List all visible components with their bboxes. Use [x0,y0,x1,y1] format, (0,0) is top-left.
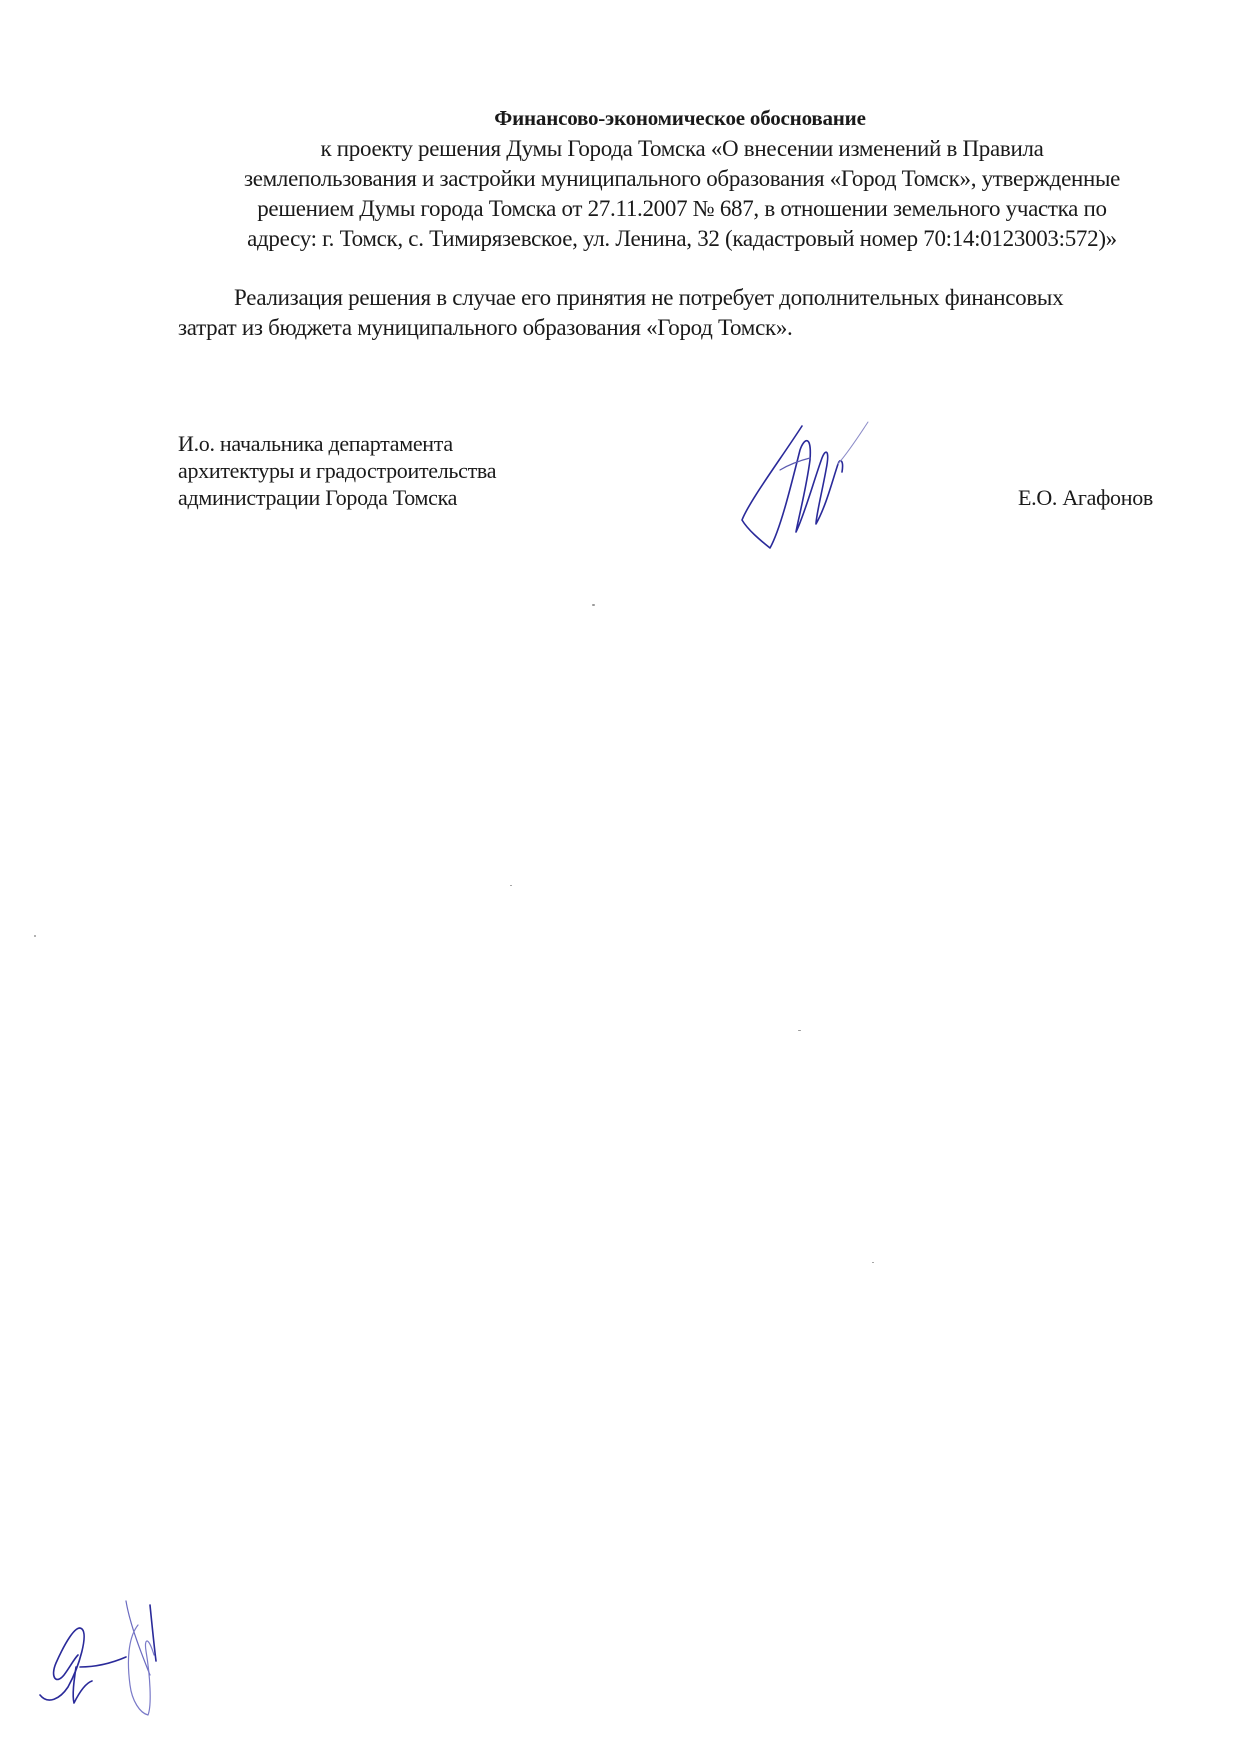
body-line: затрат из бюджета муниципального образов… [178,313,1188,343]
subtitle-line: решением Думы города Томска от 27.11.200… [180,194,1184,224]
subtitle-line: к проекту решения Думы Города Томска «О … [180,134,1184,164]
scan-speck [872,1262,874,1263]
scan-speck [592,604,595,606]
handwritten-signature-icon [740,420,900,555]
position-line: администрации Города Томска [178,484,496,511]
body-line: Реализация решения в случае его принятия… [178,283,1188,313]
scan-speck [798,1030,801,1031]
subtitle-line: адресу: г. Томск, с. Тимирязевское, ул. … [180,224,1184,254]
document-page: Финансово-экономическое обоснование к пр… [0,0,1240,1753]
signatory-position: И.о. начальника департамента архитектуры… [178,430,496,511]
position-line: архитектуры и градостроительства [178,457,496,484]
scan-speck [510,885,512,886]
document-title: Финансово-экономическое обоснование [180,106,1180,131]
subtitle-line: землепользования и застройки муниципальн… [180,164,1184,194]
position-line: И.о. начальника департамента [178,430,496,457]
scan-speck [34,935,36,937]
body-paragraph: Реализация решения в случае его принятия… [178,283,1188,343]
document-subtitle: к проекту решения Думы Города Томска «О … [180,134,1184,254]
initials-signature-icon [30,1595,170,1725]
signatory-name: Е.О. Агафонов [1018,485,1153,511]
